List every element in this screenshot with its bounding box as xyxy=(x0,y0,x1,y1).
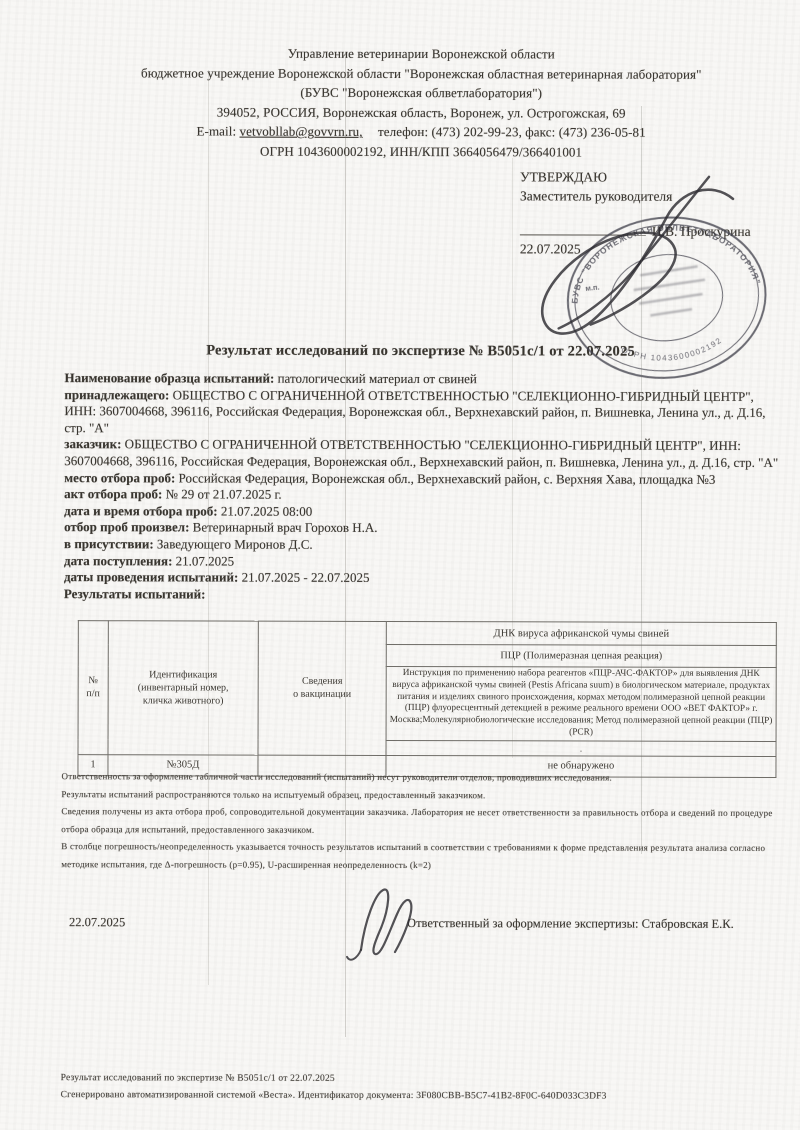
footnote-3: Сведения получены из акта отбора проб, с… xyxy=(61,803,793,840)
detail-owner: принадлежащего: ОБЩЕСТВО С ОГРАНИЧЕННОЙ … xyxy=(64,387,778,439)
footnotes: Ответственность за оформление табличной … xyxy=(61,768,793,875)
footer-generated-by: Сгенерировано автоматизированной системо… xyxy=(61,1087,761,1106)
detail-sampling-act: акт отбора проб: № 29 от 21.07.2025 г. xyxy=(64,486,778,504)
footnote-2: Результаты испытаний распространяются то… xyxy=(61,786,793,805)
method-description: Инструкция по применению набора реагенто… xyxy=(386,666,776,741)
responsible-person: Ответственный за оформление экспертизы: … xyxy=(407,916,787,932)
scan-fold-line xyxy=(345,52,346,1037)
detail-sampled-by: отбор проб произвел: Ветеринарный врач Г… xyxy=(64,519,778,537)
org-address: 394052, РОССИЯ, Воронежская область, Вор… xyxy=(41,102,800,124)
phone-fax: телефон: (473) 202-99-23, факс: (473) 23… xyxy=(378,124,646,140)
scan-fold-line xyxy=(208,70,209,985)
detail-sampling-place: место отбора проб: Российская Федерация,… xyxy=(64,470,778,488)
scanned-document-page: Управление ветеринарии Воронежской облас… xyxy=(0,0,800,1130)
col-header-vaccination: Сведения о вакцинации xyxy=(258,621,386,755)
col-header-num: № п/п xyxy=(78,621,108,755)
spacer-cell: . xyxy=(386,740,776,756)
col-header-identification: Идентификация (инвентарный номер, кличка… xyxy=(108,621,258,755)
page-footer: Результат исследований по экспертизе № В… xyxy=(61,1070,761,1106)
footnote-1: Ответственность за оформление табличной … xyxy=(61,768,793,787)
email-label: E-mail: xyxy=(196,124,236,139)
footnote-4: В столбце погрешность/неопределенность у… xyxy=(61,838,793,875)
org-ogrn-inn: ОГРН 1043600002192, ИНН/КПП 3664056479/3… xyxy=(41,141,800,163)
detail-sampling-datetime: дата и время отбора проб: 21.07.2025 08:… xyxy=(64,503,778,521)
method-name: ПЦР (Полимеразная цепная реакция) xyxy=(386,644,776,667)
document-body: Управление ветеринарии Воронежской облас… xyxy=(0,0,800,1130)
scan-fold-line xyxy=(512,158,513,758)
sample-details: Наименование образца испытаний: патологи… xyxy=(64,370,779,604)
org-full-name: бюджетное учреждение Воронежской области… xyxy=(41,63,800,85)
closing-date: 22.07.2025 xyxy=(69,915,125,930)
approver-signature-scribble xyxy=(471,168,771,344)
results-heading: Результаты испытаний: xyxy=(64,586,778,604)
detail-testing-dates: даты проведения испытаний: 21.07.2025 - … xyxy=(64,569,778,587)
org-short-name: (БУВС "Воронежская облветлаборатория") xyxy=(41,82,800,104)
detail-customer: заказчик: ОБЩЕСТВО С ОГРАНИЧЕННОЙ ОТВЕТС… xyxy=(64,436,778,471)
footer-expertise-ref: Результат исследований по экспертизе № В… xyxy=(61,1070,761,1089)
detail-witness: в присутствии: Заведующего Миронов Д.С. xyxy=(64,536,778,554)
detail-received-date: дата поступления: 21.07.2025 xyxy=(64,553,778,571)
results-table: № п/п Идентификация (инвентарный номер, … xyxy=(77,620,776,778)
analyte-header: ДНК вируса африканской чумы свиней xyxy=(386,621,776,645)
org-header: Управление ветеринарии Воронежской облас… xyxy=(41,43,800,163)
org-contacts: E-mail: vetvobllab@govvrn.ru, телефон: (… xyxy=(41,121,800,143)
org-authority: Управление ветеринарии Воронежской облас… xyxy=(41,43,800,65)
scan-fold-line xyxy=(641,106,642,854)
